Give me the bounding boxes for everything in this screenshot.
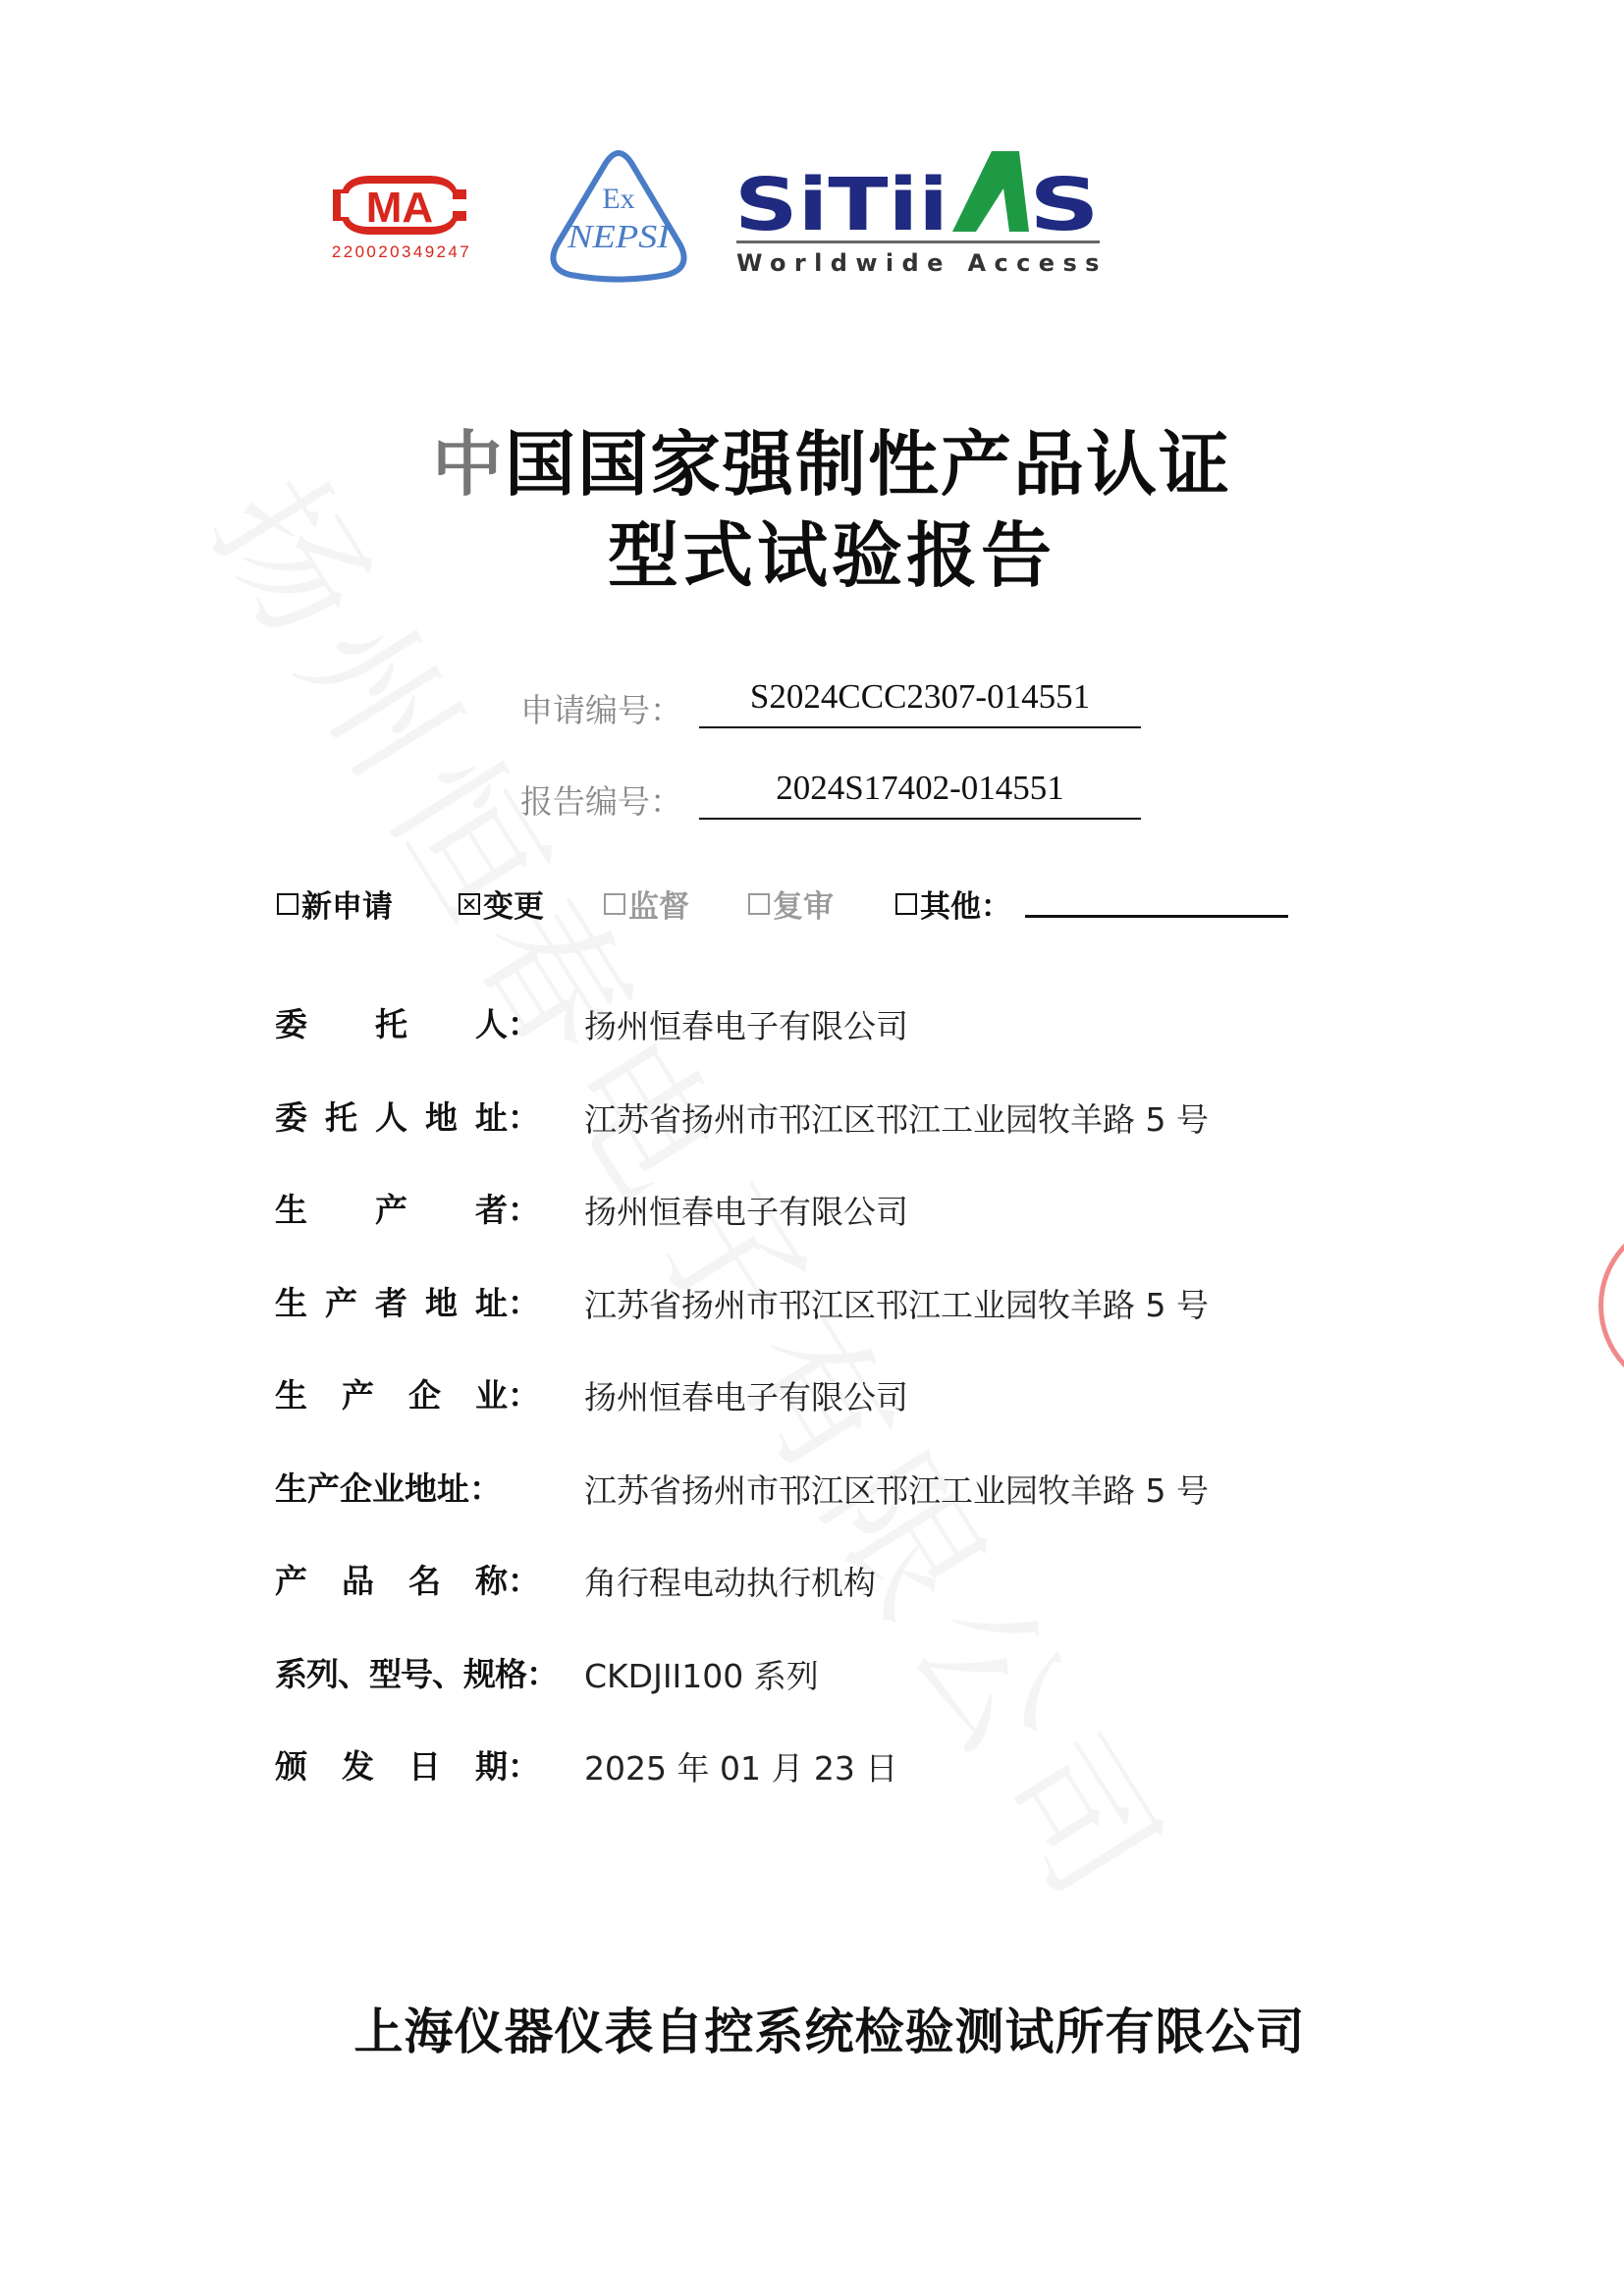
field-factory: 生产企业： 扬州恒春电子有限公司 xyxy=(275,1370,1355,1464)
checkbox-supervision[interactable]: 监督 xyxy=(604,881,689,926)
cma-number: 220020349247 xyxy=(327,242,476,262)
field-label-factory-address: 生产企业地址： xyxy=(275,1464,540,1510)
field-value-factory: 扬州恒春电子有限公司 xyxy=(584,1372,908,1418)
field-value-client: 扬州恒春电子有限公司 xyxy=(584,1001,908,1047)
report-fields: 委托人： 扬州恒春电子有限公司 委托人地址： 江苏省扬州市邗江区邗江工业园牧羊路… xyxy=(275,999,1355,1835)
field-client-address: 委托人地址： 江苏省扬州市邗江区邗江工业园牧羊路 5 号 xyxy=(275,1093,1355,1186)
svg-text:NEPSI: NEPSI xyxy=(567,219,672,255)
field-factory-address: 生产企业地址： 江苏省扬州市邗江区邗江工业园牧羊路 5 号 xyxy=(275,1464,1355,1557)
sitiias-divider xyxy=(736,240,1100,243)
title-first-char: 中 xyxy=(432,423,505,506)
field-label-client: 委托人： xyxy=(275,999,540,1045)
field-label-manufacturer: 生产者： xyxy=(275,1185,540,1231)
field-value-client-address: 江苏省扬州市邗江区邗江工业园牧羊路 5 号 xyxy=(584,1095,1209,1141)
field-value-manufacturer: 扬州恒春电子有限公司 xyxy=(584,1187,908,1233)
report-number-value: 2024S17402-014551 xyxy=(699,769,1141,820)
issuing-organization: 上海仪器仪表自控系统检验测试所有限公司 xyxy=(0,1993,1624,2063)
checkbox-label: 复审 xyxy=(773,881,834,926)
nepsi-shield-icon: Ex NEPSI xyxy=(545,147,692,283)
logo-bar: MA 220020349247 Ex NEPSI SiTii S Worldwi… xyxy=(324,147,1110,285)
field-value-model: CKDJII100 系列 xyxy=(584,1651,819,1697)
field-manufacturer: 生产者： 扬州恒春电子有限公司 xyxy=(275,1185,1355,1278)
field-value-issue-date: 2025 年 01 月 23 日 xyxy=(584,1743,897,1789)
report-title-line1: 中国国家强制性产品认证 xyxy=(0,407,1624,509)
checkbox-change[interactable]: 变更 xyxy=(459,881,544,926)
field-label-manufacturer-address: 生产者地址： xyxy=(275,1278,540,1324)
field-value-manufacturer-address: 江苏省扬州市邗江区邗江工业园牧羊路 5 号 xyxy=(584,1280,1209,1326)
field-label-issue-date: 颁发日期： xyxy=(275,1741,540,1788)
field-product-name: 产品名称： 角行程电动执行机构 xyxy=(275,1556,1355,1649)
checkbox-label: 变更 xyxy=(483,881,544,926)
checkbox-label: 新申请 xyxy=(301,881,393,926)
field-client: 委托人： 扬州恒春电子有限公司 xyxy=(275,999,1355,1093)
sitiias-tagline: Worldwide Access xyxy=(736,249,1108,277)
field-manufacturer-address: 生产者地址： 江苏省扬州市邗江区邗江工业园牧羊路 5 号 xyxy=(275,1278,1355,1371)
nepsi-logo: Ex NEPSI xyxy=(545,147,692,283)
checkbox-label: 监督 xyxy=(628,881,689,926)
cma-mark-icon: MA xyxy=(327,172,472,239)
application-number-value: S2024CCC2307-014551 xyxy=(699,677,1141,728)
svg-text:Ex: Ex xyxy=(602,183,634,215)
field-label-product-name: 产品名称： xyxy=(275,1556,540,1602)
field-value-factory-address: 江苏省扬州市邗江区邗江工业园牧羊路 5 号 xyxy=(584,1466,1209,1512)
report-title-line2: 型式试验报告 xyxy=(0,499,1624,601)
checkbox-unchecked-icon xyxy=(895,893,917,915)
checkbox-label: 其他： xyxy=(920,881,1011,926)
field-model: 系列、型号、规格： CKDJII100 系列 xyxy=(275,1649,1355,1742)
red-seal-stamp xyxy=(1598,1217,1624,1394)
checkbox-unchecked-icon xyxy=(277,893,298,915)
field-label-client-address: 委托人地址： xyxy=(275,1093,540,1139)
svg-text:MA: MA xyxy=(366,184,433,232)
application-number-label: 申请编号： xyxy=(520,685,682,731)
checkbox-checked-icon xyxy=(459,893,480,915)
checkbox-unchecked-icon xyxy=(748,893,770,915)
checkbox-new-application[interactable]: 新申请 xyxy=(277,881,393,926)
cma-logo: MA 220020349247 xyxy=(327,172,476,262)
sitiias-logo: SiTii S Worldwide Access xyxy=(734,147,1103,285)
svg-text:S: S xyxy=(1029,163,1100,240)
field-issue-date: 颁发日期： 2025 年 01 月 23 日 xyxy=(275,1741,1355,1835)
checkbox-review[interactable]: 复审 xyxy=(748,881,834,926)
title-rest: 国国家强制性产品认证 xyxy=(505,423,1231,506)
sitiias-wordmark-icon: SiTii S xyxy=(734,147,1103,240)
other-blank-field[interactable] xyxy=(1025,889,1288,918)
report-number-label: 报告编号： xyxy=(520,776,682,823)
svg-text:SiTii: SiTii xyxy=(734,163,948,240)
checkbox-other[interactable]: 其他： xyxy=(895,881,1288,926)
checkbox-unchecked-icon xyxy=(604,893,625,915)
field-value-product-name: 角行程电动执行机构 xyxy=(584,1558,876,1604)
field-label-model: 系列、型号、规格： xyxy=(275,1649,540,1695)
application-type-group: 新申请 变更 监督 复审 其他： xyxy=(277,881,1288,931)
field-label-factory: 生产企业： xyxy=(275,1370,540,1416)
